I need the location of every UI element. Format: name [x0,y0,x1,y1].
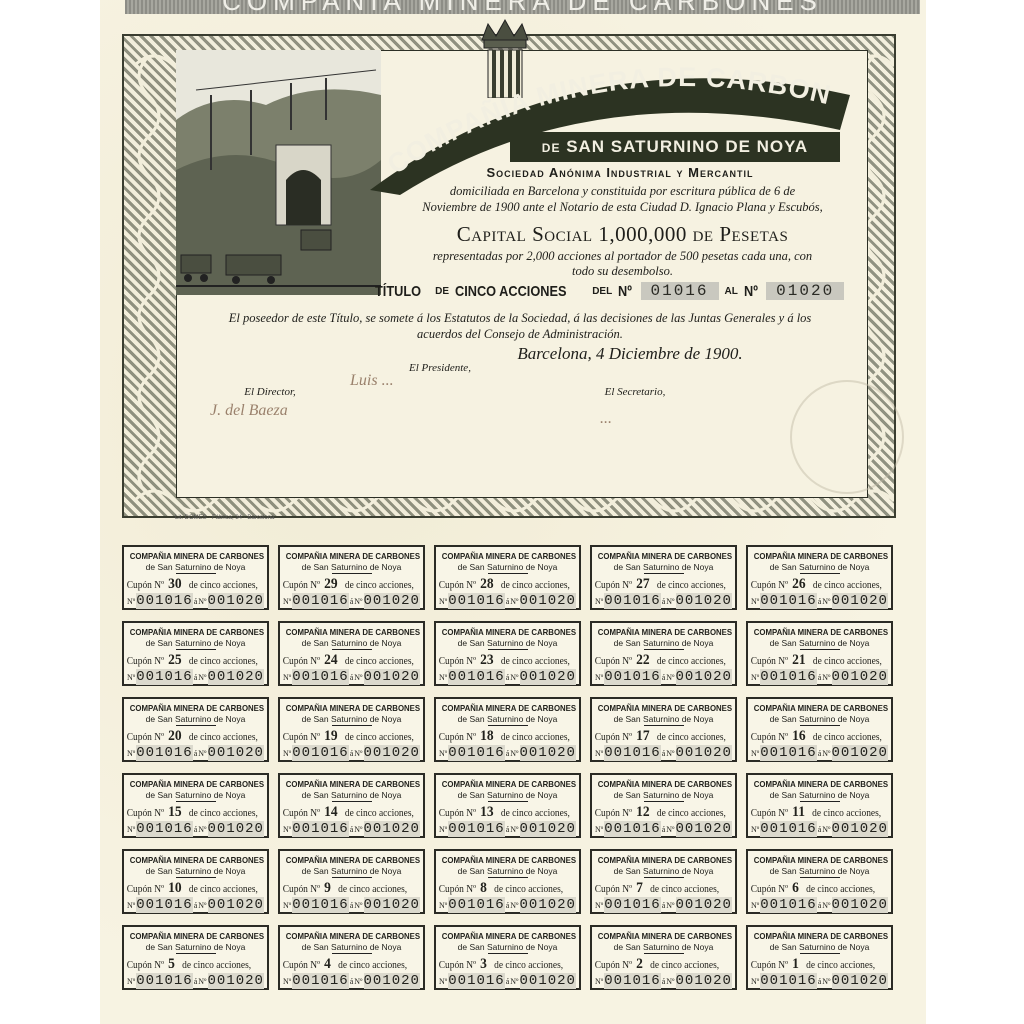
coupon-from: 001016 [448,973,504,989]
coupon-subtitle: de San Saturnino de Noya [436,942,579,952]
coupon-from: 001016 [292,669,348,685]
coupon-number: 14 [322,804,345,820]
coupon-rule [332,725,372,726]
coupon-from: 001016 [136,669,192,685]
coupon-line: Cupón Nº 21de cinco acciones, [748,652,877,669]
coupon-num-symbol-2: Nº [666,977,674,986]
coupon-shares-text: de cinco acciones, [182,960,251,971]
coupon-num-symbol: Nº [595,977,603,986]
coupon-subtitle: de San Saturnino de Noya [436,638,579,648]
coupon-num-symbol-2: Nº [354,673,362,682]
coupon-line: Cupón Nº 9de cinco acciones, [280,880,409,897]
coupon-range: Nº001016áNº001020 [124,821,267,837]
coupon-label: Cupón Nº [595,884,632,895]
coupon-rule [644,649,684,650]
coupon-to: 001020 [364,897,420,913]
coupon-number: 4 [322,956,338,972]
coupon-range: Nº001016áNº001020 [592,745,735,761]
coupon-a: á [194,977,198,986]
coupon-number: 13 [478,804,501,820]
coupon: COMPAÑIA MINERA DE CARBONESde San Saturn… [122,545,269,610]
coupon-from: 001016 [760,821,816,837]
coupon-a: á [662,749,666,758]
company-type: Sociedad Anónima Industrial y Mercantil [380,165,860,180]
coupon-range: Nº001016áNº001020 [592,973,735,989]
coupon: COMPAÑIA MINERA DE CARBONESde San Saturn… [434,545,581,610]
coupon-num-symbol: Nº [439,825,447,834]
coupon-line: Cupón Nº 24de cinco acciones, [280,652,409,669]
secretary-label: El Secretario, [580,386,690,398]
coupon-line: Cupón Nº 1de cinco acciones, [748,956,877,973]
numero-symbol-2: Nº [744,283,758,300]
coupon-num-symbol-2: Nº [510,597,518,606]
coupon-to: 001020 [676,821,732,837]
coupon: COMPAÑIA MINERA DE CARBONESde San Saturn… [278,925,425,990]
coupon-number: 15 [166,804,189,820]
coupon-label: Cupón Nº [751,808,788,819]
coupon-subtitle: de San Saturnino de Noya [280,714,423,724]
coupon-shares-text: de cinco acciones, [813,580,882,591]
coupon-company: COMPAÑIA MINERA DE CARBONES [598,931,730,941]
coupon: COMPAÑIA MINERA DE CARBONESde San Saturn… [590,545,737,610]
numero-symbol: Nº [618,283,632,300]
coupon: COMPAÑIA MINERA DE CARBONESde San Saturn… [746,621,893,686]
coupon-label: Cupón Nº [439,884,476,895]
coupon-num-symbol: Nº [751,901,759,910]
coupon-from: 001016 [292,973,348,989]
coupon-label: Cupón Nº [595,732,632,743]
coupon-line: Cupón Nº 19de cinco acciones, [280,728,409,745]
coupon-range: Nº001016áNº001020 [280,745,423,761]
coupon-num-symbol: Nº [439,597,447,606]
coupon-label: Cupón Nº [439,808,476,819]
coupon: COMPAÑIA MINERA DE CARBONESde San Saturn… [746,849,893,914]
coupon: COMPAÑIA MINERA DE CARBONESde San Saturn… [434,849,581,914]
coupon-subtitle: de San Saturnino de Noya [436,562,579,572]
coupon-num-symbol-2: Nº [822,597,830,606]
coupon-subtitle: de San Saturnino de Noya [592,790,735,800]
coupon-to: 001020 [208,745,264,761]
coupon-subtitle: de San Saturnino de Noya [748,942,891,952]
coupon: COMPAÑIA MINERA DE CARBONESde San Saturn… [278,621,425,686]
coupon-num-symbol-2: Nº [510,901,518,910]
coupon-a: á [818,673,822,682]
coupon-line: Cupón Nº 28de cinco acciones, [436,576,565,593]
coupon-num-symbol-2: Nº [198,977,206,986]
coupon-shares-text: de cinco acciones, [494,884,563,895]
coupon-number: 22 [634,652,657,668]
coupon-number: 1 [790,956,806,972]
coupon-num-symbol-2: Nº [198,673,206,682]
coupon-company: COMPAÑIA MINERA DE CARBONES [286,779,418,789]
coupon-rule [176,801,216,802]
coupon-company: COMPAÑIA MINERA DE CARBONES [754,627,886,637]
mine-illustration [176,50,381,295]
coupon-to: 001020 [208,897,264,913]
coupon-rule [176,649,216,650]
coupon-rule [332,649,372,650]
coupon: COMPAÑIA MINERA DE CARBONESde San Saturn… [278,697,425,762]
coupon-to: 001020 [832,745,888,761]
coupon: COMPAÑIA MINERA DE CARBONESde San Saturn… [122,925,269,990]
coupon-company: COMPAÑIA MINERA DE CARBONES [130,779,262,789]
coupon-num-symbol: Nº [127,673,135,682]
coupon-num-symbol-2: Nº [510,977,518,986]
coupon-line: Cupón Nº 3de cinco acciones, [436,956,565,973]
coupon-label: Cupón Nº [127,884,164,895]
coupon-a: á [818,597,822,606]
coupon-from: 001016 [604,821,660,837]
coupon-a: á [194,901,198,910]
coupon-shares-text: de cinco acciones, [189,884,258,895]
coupon-label: Cupón Nº [439,732,476,743]
coupon-to: 001020 [208,593,264,609]
coupon: COMPAÑIA MINERA DE CARBONESde San Saturn… [746,697,893,762]
coupon-rule [644,573,684,574]
coupon-num-symbol-2: Nº [666,597,674,606]
coupon: COMPAÑIA MINERA DE CARBONESde San Saturn… [278,849,425,914]
coupon-num-symbol-2: Nº [354,977,362,986]
coupon-line: Cupón Nº 5de cinco acciones, [124,956,253,973]
coupon-num-symbol: Nº [283,749,291,758]
coupon-a: á [350,749,354,758]
coupon-from: 001016 [604,897,660,913]
coupon-number: 17 [634,728,657,744]
coupon-rule [332,877,372,878]
coupon-a: á [350,901,354,910]
coupon: COMPAÑIA MINERA DE CARBONESde San Saturn… [122,773,269,838]
coupon-rule [176,953,216,954]
coupon-from: 001016 [448,669,504,685]
coupon-to: 001020 [208,821,264,837]
coupon-company: COMPAÑIA MINERA DE CARBONES [130,551,262,561]
from-number: 01016 [641,282,719,300]
coupon-to: 001020 [676,669,732,685]
coupon-number: 12 [634,804,657,820]
coupon-rule [176,725,216,726]
coupon-from: 001016 [136,821,192,837]
coupon: COMPAÑIA MINERA DE CARBONESde San Saturn… [746,545,893,610]
coupon-a: á [194,673,198,682]
coupon-line: Cupón Nº 27de cinco acciones, [592,576,721,593]
coupon-a: á [662,673,666,682]
coupon-to: 001020 [676,745,732,761]
coupon-company: COMPAÑIA MINERA DE CARBONES [130,627,262,637]
coupon-shares-text: de cinco acciones, [338,884,407,895]
coupon-company: COMPAÑIA MINERA DE CARBONES [442,551,574,561]
coupon-label: Cupón Nº [595,960,632,971]
coupon-subtitle: de San Saturnino de Noya [592,714,735,724]
coupon-range: Nº001016áNº001020 [592,897,735,913]
coupon-subtitle: de San Saturnino de Noya [436,790,579,800]
coupon-from: 001016 [292,745,348,761]
coupon-to: 001020 [676,897,732,913]
coupon-line: Cupón Nº 17de cinco acciones, [592,728,721,745]
coupon-range: Nº001016áNº001020 [748,973,891,989]
coupon-a: á [662,597,666,606]
coupon-shares-text: de cinco acciones, [657,656,726,667]
coupon-from: 001016 [760,973,816,989]
coupon-num-symbol-2: Nº [198,749,206,758]
coupon-a: á [506,673,510,682]
coupon-range: Nº001016áNº001020 [748,593,891,609]
coupon-subtitle: de San Saturnino de Noya [124,714,267,724]
coupon-from: 001016 [292,593,348,609]
coupon-to: 001020 [520,593,576,609]
coupon-shares-text: de cinco acciones, [345,732,414,743]
coupon-rule [644,801,684,802]
coupon: COMPAÑIA MINERA DE CARBONESde San Saturn… [122,849,269,914]
coupon-to: 001020 [520,669,576,685]
coupon-company: COMPAÑIA MINERA DE CARBONES [598,703,730,713]
coupon-company: COMPAÑIA MINERA DE CARBONES [130,703,262,713]
coupon-shares-text: de cinco acciones, [189,580,258,591]
coupon-num-symbol-2: Nº [822,825,830,834]
holder-clause-1: El poseedor de este Título, se somete á … [180,311,860,326]
coupon: COMPAÑIA MINERA DE CARBONESde San Saturn… [746,925,893,990]
coupon-to: 001020 [520,745,576,761]
coupon-shares-text: de cinco acciones, [657,580,726,591]
coupon-shares-text: de cinco acciones, [501,580,570,591]
coupon: COMPAÑIA MINERA DE CARBONESde San Saturn… [278,545,425,610]
coupon-range: Nº001016áNº001020 [280,897,423,913]
coupon-from: 001016 [136,593,192,609]
director-label: El Director, [220,386,320,398]
share-capital: Capital Social 1,000,000 de Pesetas [385,222,860,247]
coupon-num-symbol: Nº [127,597,135,606]
coupon-subtitle: de San Saturnino de Noya [748,790,891,800]
coupon-label: Cupón Nº [751,960,788,971]
coupon-label: Cupón Nº [283,884,320,895]
coupon-to: 001020 [520,897,576,913]
coupon-from: 001016 [760,897,816,913]
coupon-company: COMPAÑIA MINERA DE CARBONES [286,931,418,941]
coupon-range: Nº001016áNº001020 [280,821,423,837]
coupon-shares-text: de cinco acciones, [806,960,875,971]
coupon-label: Cupón Nº [439,960,476,971]
coupon-num-symbol: Nº [595,673,603,682]
coupon-range: Nº001016áNº001020 [124,973,267,989]
coupon-label: Cupón Nº [595,656,632,667]
coupon-range: Nº001016áNº001020 [748,745,891,761]
coupon-label: Cupón Nº [439,580,476,591]
coupon-line: Cupón Nº 8de cinco acciones, [436,880,565,897]
coupon-rule [488,573,528,574]
coupon-company: COMPAÑIA MINERA DE CARBONES [442,931,574,941]
coupon-range: Nº001016áNº001020 [748,897,891,913]
coupon-line: Cupón Nº 10de cinco acciones, [124,880,253,897]
coupon: COMPAÑIA MINERA DE CARBONESde San Saturn… [434,621,581,686]
subtitle-de: DE [542,141,561,155]
coupon-company: COMPAÑIA MINERA DE CARBONES [754,779,886,789]
coupon-rule [332,953,372,954]
coupon-num-symbol-2: Nº [198,901,206,910]
coupon-a: á [194,825,198,834]
coupon-range: Nº001016áNº001020 [748,821,891,837]
coupon-rule [176,573,216,574]
coupon-range: Nº001016áNº001020 [436,897,579,913]
coupon-range: Nº001016áNº001020 [436,593,579,609]
coupon-number: 3 [478,956,494,972]
coupon-shares-text: de cinco acciones, [338,960,407,971]
coupon-shares-text: de cinco acciones, [813,656,882,667]
coupon-num-symbol: Nº [127,749,135,758]
coupon-line: Cupón Nº 7de cinco acciones, [592,880,721,897]
coupon-num-symbol: Nº [127,825,135,834]
coupon-number: 28 [478,576,501,592]
coupon-rule [800,573,840,574]
coupon-a: á [818,749,822,758]
coupon-company: COMPAÑIA MINERA DE CARBONES [442,855,574,865]
coupon-line: Cupón Nº 29de cinco acciones, [280,576,409,593]
coupon-subtitle: de San Saturnino de Noya [280,942,423,952]
coupon-shares-text: de cinco acciones, [345,580,414,591]
coupon-range: Nº001016áNº001020 [436,821,579,837]
coupon-shares-text: de cinco acciones, [494,960,563,971]
coupon-a: á [662,825,666,834]
coupon-shares-text: de cinco acciones, [813,732,882,743]
coupon-shares-text: de cinco acciones, [345,656,414,667]
coupon-to: 001020 [676,593,732,609]
coupon-line: Cupón Nº 13de cinco acciones, [436,804,565,821]
coupon-subtitle: de San Saturnino de Noya [280,866,423,876]
coupon-subtitle: de San Saturnino de Noya [748,562,891,572]
coupon-num-symbol: Nº [751,825,759,834]
coupon-subtitle: de San Saturnino de Noya [280,790,423,800]
coupon-a: á [818,901,822,910]
coupon-line: Cupón Nº 26de cinco acciones, [748,576,877,593]
coupon-rule [800,877,840,878]
coupon-label: Cupón Nº [751,732,788,743]
coupon-line: Cupón Nº 18de cinco acciones, [436,728,565,745]
coupon-number: 5 [166,956,182,972]
coupon-number: 8 [478,880,494,896]
coupon-label: Cupón Nº [751,656,788,667]
coupon-line: Cupón Nº 4de cinco acciones, [280,956,409,973]
coupon-rule [488,953,528,954]
coupon-label: Cupón Nº [751,580,788,591]
coupon-subtitle: de San Saturnino de Noya [748,714,891,724]
coupon-num-symbol-2: Nº [666,901,674,910]
coupon-subtitle: de San Saturnino de Noya [124,790,267,800]
coupon-number: 23 [478,652,501,668]
coupon-shares-text: de cinco acciones, [657,808,726,819]
coupon-label: Cupón Nº [595,808,632,819]
coupon-a: á [818,825,822,834]
coupon-line: Cupón Nº 22de cinco acciones, [592,652,721,669]
coupon-number: 26 [790,576,813,592]
coupon-from: 001016 [136,897,192,913]
coupon-from: 001016 [760,669,816,685]
coupon-shares-text: de cinco acciones, [189,808,258,819]
president-label: El Presidente, [380,362,500,374]
coupon-to: 001020 [208,973,264,989]
coupon-num-symbol-2: Nº [354,749,362,758]
domicile-line-1: domiciliada en Barcelona y constituida p… [385,184,860,199]
coupon-from: 001016 [448,821,504,837]
coupon: COMPAÑIA MINERA DE CARBONESde San Saturn… [434,925,581,990]
coupon-shares-text: de cinco acciones, [345,808,414,819]
coupon-subtitle: de San Saturnino de Noya [280,638,423,648]
shares-description-2: todo su desembolso. [385,264,860,279]
coupon-num-symbol-2: Nº [822,977,830,986]
coupon-shares-text: de cinco acciones, [501,656,570,667]
coupon-rule [800,649,840,650]
coupon-rule [488,801,528,802]
coupon-rule [800,725,840,726]
coupon-range: Nº001016áNº001020 [436,973,579,989]
coupon-range: Nº001016áNº001020 [124,897,267,913]
coupon-rule [488,649,528,650]
coupon-subtitle: de San Saturnino de Noya [280,562,423,572]
coupon-num-symbol-2: Nº [510,825,518,834]
coupon-number: 10 [166,880,189,896]
coupon-company: COMPAÑIA MINERA DE CARBONES [754,551,886,561]
coupon-num-symbol: Nº [283,673,291,682]
titulo-de: DE [435,286,449,297]
coupon-line: Cupón Nº 6de cinco acciones, [748,880,877,897]
coupon-to: 001020 [832,897,888,913]
coupon-shares-text: de cinco acciones, [812,808,881,819]
coupon-num-symbol: Nº [751,597,759,606]
coupon-from: 001016 [292,897,348,913]
printer-imprint: Lit. DOMES · Fábrica, 34 · Barcelona [175,515,274,521]
coupon-line: Cupón Nº 23de cinco acciones, [436,652,565,669]
coupon-subtitle: de San Saturnino de Noya [436,866,579,876]
coupon-subtitle: de San Saturnino de Noya [436,714,579,724]
coupon-range: Nº001016áNº001020 [436,669,579,685]
coupon-shares-text: de cinco acciones, [501,808,570,819]
coupon-number: 11 [790,804,812,820]
coupon-num-symbol: Nº [439,749,447,758]
coupon-subtitle: de San Saturnino de Noya [124,942,267,952]
coupon-from: 001016 [604,669,660,685]
coupon-number: 9 [322,880,338,896]
coupon-num-symbol: Nº [283,901,291,910]
coupon-num-symbol-2: Nº [822,673,830,682]
shares-description-1: representadas por 2,000 acciones al port… [385,249,860,264]
coupon-a: á [818,977,822,986]
coupon-a: á [506,901,510,910]
coupon-label: Cupón Nº [127,732,164,743]
coupon-shares-text: de cinco acciones, [657,732,726,743]
coupon-to: 001020 [832,593,888,609]
coupon-line: Cupón Nº 25de cinco acciones, [124,652,253,669]
coupon-number: 25 [166,652,189,668]
coupon-range: Nº001016áNº001020 [280,669,423,685]
titulo-del: DEL [592,286,612,297]
coupon-to: 001020 [832,669,888,685]
coupon-number: 29 [322,576,345,592]
coupon-a: á [662,977,666,986]
title-line: TÍTULO DE CINCO ACCIONES DEL Nº 01016 AL… [375,282,860,300]
coupon-number: 16 [790,728,813,744]
coupon-number: 20 [166,728,189,744]
coupon-a: á [350,673,354,682]
coupon-a: á [350,597,354,606]
coupon-range: Nº001016áNº001020 [748,669,891,685]
coupon-to: 001020 [520,821,576,837]
coupon: COMPAÑIA MINERA DE CARBONESde San Saturn… [746,773,893,838]
coupon-subtitle: de San Saturnino de Noya [592,866,735,876]
holder-clause-2: acuerdos del Consejo de Administración. [180,327,860,342]
coupon-num-symbol: Nº [751,673,759,682]
coupon-a: á [350,825,354,834]
coupon-a: á [506,825,510,834]
coupon-number: 30 [166,576,189,592]
coupon-range: Nº001016áNº001020 [592,593,735,609]
coupon-line: Cupón Nº 16de cinco acciones, [748,728,877,745]
